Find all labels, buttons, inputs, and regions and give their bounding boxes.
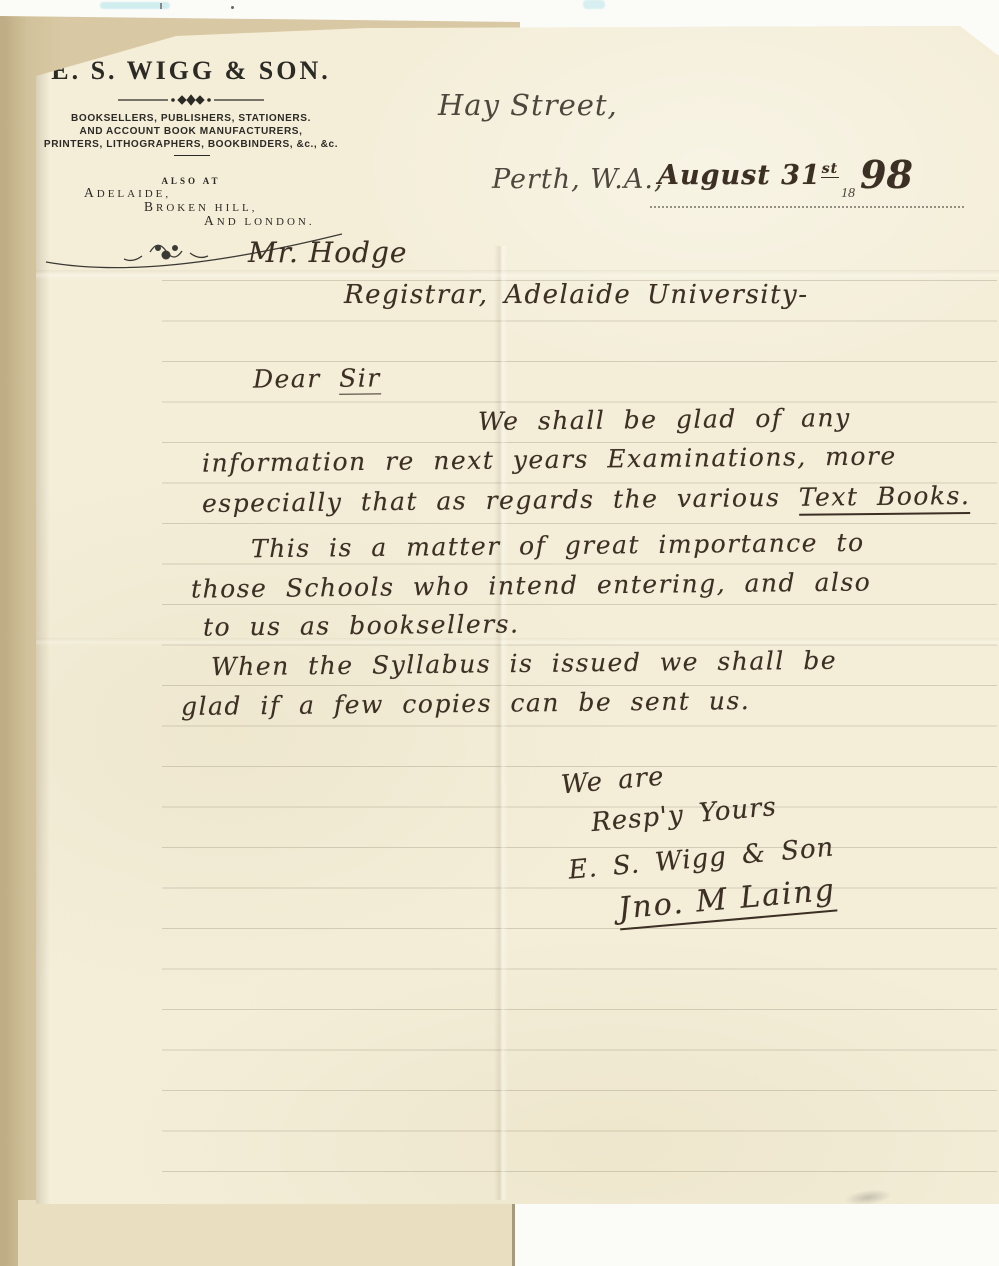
horizontal-fold-crease (36, 638, 999, 646)
salutation: Dear Sir (253, 363, 381, 393)
date-month-day: August 31 (658, 160, 821, 191)
salutation-pre: Dear (253, 364, 339, 394)
letterhead-line-2: AND ACCOUNT BOOK MANUFACTURERS, (42, 125, 340, 137)
letterhead-line-1: BOOKSELLERS, PUBLISHERS, STATIONERS. (42, 112, 340, 124)
printed-year-prefix: 18 (841, 186, 855, 202)
scanned-letter-document: E. S. WIGG & SON. BOOKSELLERS, PUBLISHER… (0, 0, 999, 1266)
handwritten-line-p1-1: We shall be glad of any (478, 403, 851, 436)
location-london: AND LONDON. (204, 213, 315, 229)
scan-artifact-mark (160, 3, 162, 9)
street-line: Hay Street, (438, 88, 618, 122)
handwritten-year: 98 (860, 152, 913, 197)
handwritten-line-p3-2: glad if a few copies can be sent us. (181, 686, 750, 721)
salutation-sir: Sir (339, 363, 381, 394)
ornament-divider-icon (116, 93, 266, 107)
also-at-label: ALSO AT (36, 176, 346, 186)
letter-sheet: E. S. WIGG & SON. BOOKSELLERS, PUBLISHER… (36, 26, 999, 1204)
letterhead-line-3: PRINTERS, LITHOGRAPHERS, BOOKBINDERS, &c… (42, 138, 340, 150)
addressee-name: Mr. Hodge (248, 236, 407, 269)
pencil-smudge (886, 1202, 909, 1213)
city-line: Perth, W.A., (492, 164, 664, 195)
lower-sheet-corner (18, 1200, 515, 1266)
scan-artifact-mark (231, 6, 234, 9)
handwritten-line-p2-3: to us as booksellers. (203, 609, 520, 641)
vertical-fold-crease (494, 246, 508, 1200)
handwritten-date: August 31st (658, 160, 839, 191)
text-books-underlined: Text Books. (799, 481, 971, 516)
date-ordinal: st (821, 161, 839, 178)
addressee-title: Registrar, Adelaide University- (344, 280, 809, 310)
letterhead-divider-rule (174, 155, 210, 156)
scan-artifact-mark (583, 0, 605, 9)
